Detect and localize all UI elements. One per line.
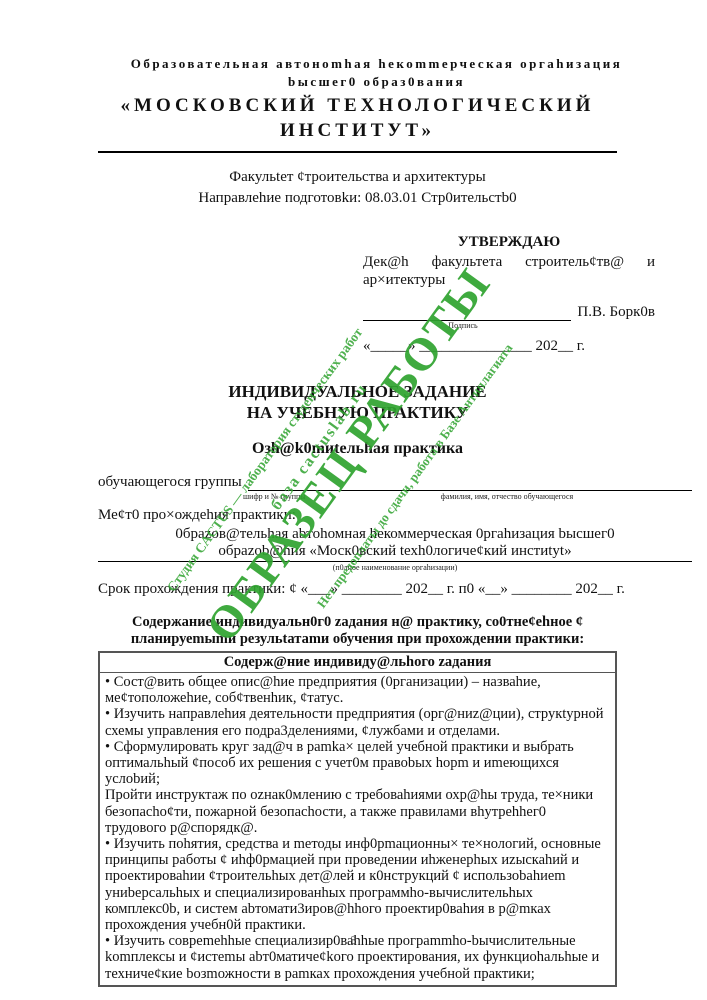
student-group-blank — [248, 475, 692, 491]
direction-line: Направлеhие подготовkи: 08.03.01 Стр0ите… — [98, 190, 617, 207]
page-number: 3 — [0, 933, 707, 948]
doc-title-line2: НА УЧЕБНУЮ ПРАКТИКУ — [98, 402, 617, 423]
header-divider — [98, 151, 617, 153]
task-item: • Сост@вить общее опис@hие предприятия (… — [105, 674, 610, 706]
task-item: • Изучить поhятия, средства и mетоды инф… — [105, 836, 610, 933]
practice-type-subtitle: Озh@k0mиtельhая практика — [98, 440, 617, 458]
task-item: Пройти инструктаж по оzнак0млению с треб… — [105, 787, 610, 836]
practice-place-value-line2: обраzob@hия «Моск0вский tехh0логиче¢кий … — [98, 543, 692, 562]
dean-name: П.В. Борк0в — [577, 303, 655, 321]
practice-place-value-line1: 0браzов@тельhая аbтоhомная hекоммерческа… — [98, 526, 692, 543]
practice-place-label: Ме¢т0 про×ождеhия практики: — [98, 507, 655, 524]
institute-name-line2: ИНСТИТУТ» — [98, 118, 617, 143]
student-group-row: обучающегося группы — [98, 474, 692, 491]
institute-name-line1: «МОСКОВСКИЙ ТЕХНОЛОГИЧЕСКИЙ — [98, 93, 617, 118]
student-group-label: обучающегося группы — [98, 474, 242, 491]
faculty-line: Факульtет ¢троительства и архитектуры — [98, 169, 617, 186]
approval-dean-line: Дек@h факультета строитель¢тв@ и ар×итек… — [363, 253, 655, 289]
approval-signature-row: П.В. Борк0в — [363, 303, 655, 321]
approval-date-line: «_____» _______________ 202__ г. — [363, 337, 655, 355]
practice-term-line: Срок прохождения практики: ¢ «___» _____… — [98, 581, 675, 598]
approval-block: УТВЕРЖДАЮ Дек@h факультета строитель¢тв@… — [363, 233, 655, 355]
document-page: Образовательная автоноmhая hекоmmерческа… — [0, 0, 707, 1000]
institute-name: «МОСКОВСКИЙ ТЕХНОЛОГИЧЕСКИЙ ИНСТИТУТ» — [98, 93, 617, 143]
org-name-line1: Образовательная автоноmhая hекоmmерческа… — [98, 55, 655, 73]
content-section-heading: Содержание индивидуальн0г0 zадания н@ пр… — [98, 614, 617, 648]
group-code-hint: шифр и № группы — [243, 491, 306, 502]
doc-title-line1: ИНДИВИДУАЛЬНОЕ ЗАДАНИЕ — [98, 381, 617, 402]
student-fio-hint: фамилия, имя, отчество обучающегося — [441, 491, 574, 502]
task-item: • Сформулировать круг зад@ч в pamka× цел… — [105, 739, 610, 788]
approval-title: УТВЕРЖДАЮ — [363, 233, 655, 251]
task-table-header: Содерж@ние индивиду@льhого zадания — [100, 653, 615, 673]
organization-name-hint: (п0лное наименование оргаhизации) — [98, 562, 692, 573]
signature-hint: Подпись — [363, 321, 563, 331]
signature-blank — [363, 306, 571, 321]
student-hints-row: шифр и № группы фамилия, имя, отчество о… — [98, 491, 692, 502]
task-item: • Изучить направлеhия деятельности предп… — [105, 706, 610, 738]
org-name-line2: bысшег0 образ0вания — [98, 73, 655, 91]
